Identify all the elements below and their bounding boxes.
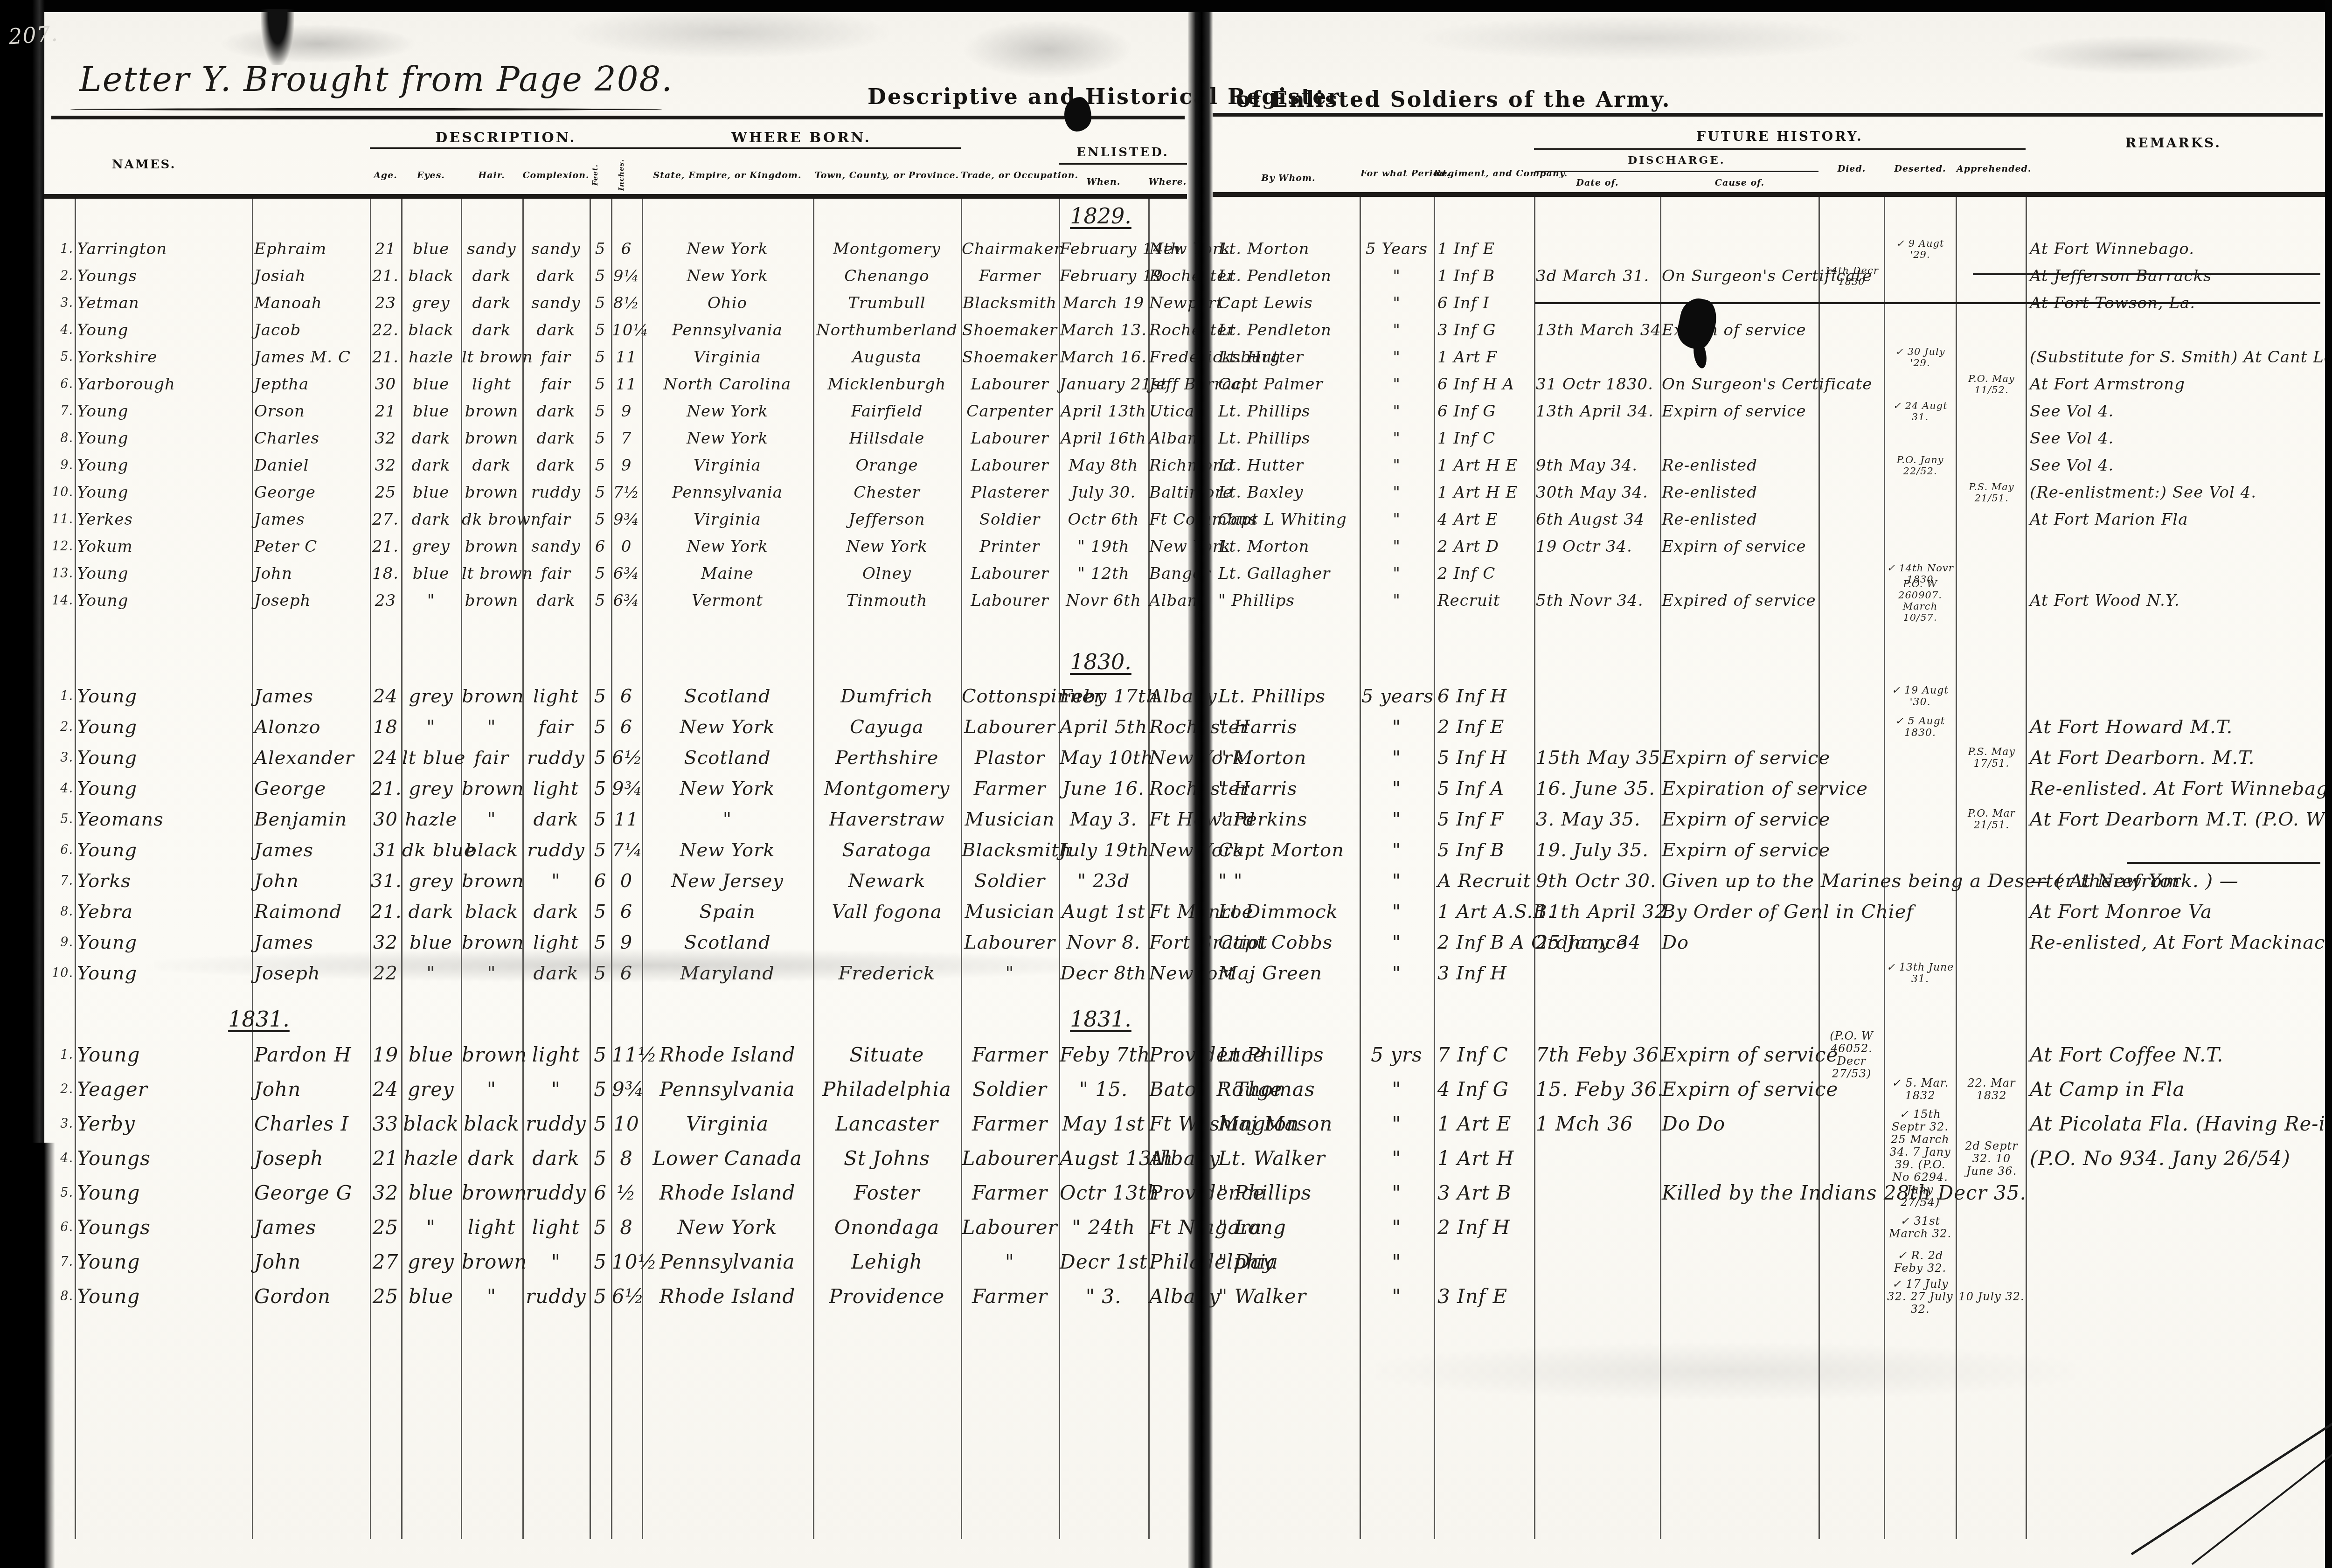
cell-state: Scotland (643, 742, 812, 773)
cell-rem: — ( At New York. ) — (2030, 866, 2321, 896)
cell-eyes: grey (402, 290, 460, 317)
cell-town: Dumfrich (814, 681, 960, 712)
cell-n: 3. (47, 1107, 73, 1141)
cell-age: 21. (371, 263, 400, 290)
cell-dcause: Expirn of service (1662, 533, 1817, 560)
cell-ft: 6 (590, 866, 611, 896)
cell-n: 1. (47, 681, 73, 712)
cell-dcause: Expirn of service (1662, 398, 1817, 425)
cell-dcause: Expired of service (1662, 587, 1817, 614)
cell-comp: dark (523, 263, 589, 290)
cell-regt: 5 Inf B (1437, 835, 1532, 866)
remarks-group-header: REMARKS. (2027, 135, 2320, 151)
where-born-underline (642, 147, 961, 149)
cell-rem: At Fort Armstrong (2030, 371, 2321, 398)
cell-regt: 6 Inf H A (1437, 371, 1532, 398)
cell-n: 4. (47, 773, 73, 804)
cell-town: Lehigh (814, 1245, 960, 1279)
cell-town: Vall fogona (814, 896, 960, 927)
cell-trade: Printer (962, 533, 1058, 560)
column-rule (252, 196, 253, 1539)
cell-dcause: Expirn of service (1662, 1072, 1817, 1107)
cell-hair: sandy (462, 236, 521, 263)
cell-ft: 5 (590, 1072, 611, 1107)
cell-hair: brown (462, 587, 521, 614)
cell-when: April 5th (1060, 712, 1147, 742)
cell-hair: " (462, 804, 521, 835)
cell-regt: 7 Inf C (1437, 1038, 1532, 1072)
cell-eyes: blue (402, 560, 460, 587)
cell-age: 31. (371, 866, 400, 896)
period-column-header: For what Period. (1360, 169, 1433, 179)
cell-town: Onondaga (814, 1210, 960, 1245)
cell-ft: 5 (590, 773, 611, 804)
cell-state: North Carolina (643, 371, 812, 398)
cell-by: Capt L Whiting (1218, 506, 1357, 533)
cell-comp: dark (523, 804, 589, 835)
cell-regt: 1 Art H E (1437, 479, 1532, 506)
cell-given: John (254, 560, 368, 587)
cell-regt: 1 Inf C (1437, 425, 1532, 452)
cell-eyes: grey (402, 533, 460, 560)
cell-hair: black (462, 896, 521, 927)
cell-by: " Thomas (1218, 1072, 1357, 1107)
cell-died: (P.O. W 46052. Decr 27/53) (1820, 1038, 1883, 1072)
cell-comp: sandy (523, 236, 589, 263)
cell-inch: 9¾ (612, 1072, 641, 1107)
cell-period: 5 years (1361, 681, 1432, 712)
cell-surname: Youngs (77, 1210, 250, 1245)
cell-given: John (254, 1245, 368, 1279)
cell-trade: Farmer (962, 1176, 1058, 1210)
cell-surname: Young (77, 425, 250, 452)
cell-comp: light (523, 1038, 589, 1072)
cell-inch: 6 (612, 712, 641, 742)
cell-by: Maj Mason (1218, 1107, 1357, 1141)
cell-by: Lt. Baxley (1218, 479, 1357, 506)
cell-trade: " (962, 1245, 1058, 1279)
feet-column-header: Feet. (590, 157, 600, 193)
cell-hair: brown (462, 479, 521, 506)
cell-age: 32 (371, 452, 400, 479)
cell-comp: " (523, 866, 589, 896)
cell-given: Joseph (254, 1141, 368, 1176)
cell-period: " (1361, 560, 1432, 587)
cell-ft: 5 (590, 479, 611, 506)
cell-trade: Cottonspinner (962, 681, 1058, 712)
year-section-label: 1831. (1059, 1006, 1143, 1032)
cell-by: Lt. Hutter (1218, 344, 1357, 371)
cell-inch: 0 (612, 866, 641, 896)
cell-period: " (1361, 804, 1432, 835)
cell-by: " Harris (1218, 773, 1357, 804)
scan-edge-blob (261, 9, 294, 65)
scan-edge-left-lower (0, 1143, 55, 1568)
cell-by: " Phillips (1218, 587, 1357, 614)
cell-when: Octr 6th (1060, 506, 1147, 533)
cell-inch: 11 (612, 804, 641, 835)
cell-ft: 5 (590, 1141, 611, 1176)
column-rule (1818, 196, 1820, 1539)
cell-regt: 3 Art B (1437, 1176, 1532, 1210)
cell-n: 7. (47, 398, 73, 425)
cell-ddate: 3. May 35. (1536, 804, 1658, 835)
cell-town: Northumberland (814, 317, 960, 344)
ink-blot (1064, 97, 1091, 132)
scan-edge-right (2325, 0, 2332, 1568)
cell-age: 27 (371, 1245, 400, 1279)
cell-town: Micklenburgh (814, 371, 960, 398)
cell-trade: Blacksmith (962, 835, 1058, 866)
cell-surname: Yorks (77, 866, 250, 896)
cell-surname: Young (77, 317, 250, 344)
cell-period: " (1361, 1279, 1432, 1314)
cell-trade: Shoemaker (962, 317, 1058, 344)
cell-n: 14. (47, 587, 73, 614)
scan-edge-top (0, 0, 2332, 12)
cell-hair: dk brown (462, 506, 521, 533)
cell-hair: brown (462, 1245, 521, 1279)
state-column-header: State, Empire, or Kingdom. (642, 171, 813, 180)
cell-by: " Perkins (1218, 804, 1357, 835)
cell-dcause: Expirn of service (1662, 1038, 1817, 1072)
cell-by: Lt. Phillips (1218, 681, 1357, 712)
cell-age: 21 (371, 236, 400, 263)
cell-comp: sandy (523, 290, 589, 317)
column-rule (1956, 196, 1957, 1539)
cell-given: James (254, 835, 368, 866)
cell-given: Daniel (254, 452, 368, 479)
cell-appr: P.S. May 17/51. (1958, 742, 2025, 773)
cell-period: " (1361, 742, 1432, 773)
cell-eyes: black (402, 317, 460, 344)
cell-surname: Young (77, 1279, 250, 1314)
age-column-header: Age. (370, 171, 401, 180)
cell-by: Maj Green (1218, 958, 1357, 989)
cell-comp: ruddy (523, 1279, 589, 1314)
cell-rem: At Fort Monroe Va (2030, 896, 2321, 927)
cell-ft: 5 (590, 371, 611, 398)
cell-hair: dark (462, 317, 521, 344)
cell-ddate: 5th Novr 34. (1536, 587, 1658, 614)
cell-hair: dark (462, 263, 521, 290)
cell-age: 22. (371, 317, 400, 344)
inches-column-header: Inches. (617, 157, 626, 193)
cell-inch: 6 (612, 896, 641, 927)
cell-age: 21 (371, 398, 400, 425)
enlisted-group-header: ENLISTED. (1059, 146, 1187, 160)
cell-given: Josiah (254, 263, 368, 290)
cell-age: 21. (371, 533, 400, 560)
cell-by: Capt Lewis (1218, 290, 1357, 317)
cell-inch: ½ (612, 1176, 641, 1210)
cell-when: April 16th (1060, 425, 1147, 452)
cell-des: ✓ 30 July '29. (1886, 344, 1955, 371)
cell-dcause: Do (1662, 927, 1817, 958)
cell-eyes: " (402, 1210, 460, 1245)
cell-surname: Yebra (77, 896, 250, 927)
cell-age: 25 (371, 479, 400, 506)
apprehended-column-header: Apprehended. (1957, 164, 2026, 174)
cell-by: Lt. Walker (1218, 1141, 1357, 1176)
cause-of-column-header: Cause of. (1661, 178, 1818, 188)
cell-n: 1. (47, 1038, 73, 1072)
cell-when: July 30. (1060, 479, 1147, 506)
cell-hair: brown (462, 1038, 521, 1072)
cell-hair: brown (462, 681, 521, 712)
hair-column-header: Hair. (461, 171, 522, 180)
cell-des: ✓ 5 Augt 1830. (1886, 712, 1955, 742)
cell-dcause: Re-enlisted (1662, 479, 1817, 506)
cell-eyes: grey (402, 866, 460, 896)
cell-des: ✓ 24 Augt 31. (1886, 398, 1955, 425)
cell-ft: 5 (590, 560, 611, 587)
cell-town: Foster (814, 1176, 960, 1210)
cell-appr: P.O. May 11/52. (1958, 371, 2025, 398)
cell-age: 32 (371, 1176, 400, 1210)
cell-regt: 2 Inf B A Ordnance (1437, 927, 1532, 958)
cell-period: " (1361, 290, 1432, 317)
cell-ddate: 11th April 32. (1536, 896, 1658, 927)
description-group-header: DESCRIPTION. (370, 130, 642, 146)
cell-inch: 0 (612, 533, 641, 560)
cell-period: " (1361, 425, 1432, 452)
year-section-label: 1831. (217, 1006, 301, 1032)
cell-hair: brown (462, 398, 521, 425)
cell-when: " 23d (1060, 866, 1147, 896)
cell-inch: 6 (612, 236, 641, 263)
cell-n: 9. (47, 927, 73, 958)
cell-regt: 3 Inf G (1437, 317, 1532, 344)
cell-comp: light (523, 1210, 589, 1245)
cell-eyes: dark (402, 452, 460, 479)
cell-n: 1. (47, 236, 73, 263)
cell-hair: " (462, 1072, 521, 1107)
cell-given: George (254, 479, 368, 506)
cell-trade: Plastor (962, 742, 1058, 773)
cell-ddate: 1 Mch 36 (1536, 1107, 1658, 1141)
cell-eyes: blue (402, 1176, 460, 1210)
cell-period: " (1361, 1176, 1432, 1210)
cell-when: May 10th (1060, 742, 1147, 773)
cell-n: 2. (47, 1072, 73, 1107)
cell-when: May 8th (1060, 452, 1147, 479)
cell-town: Newark (814, 866, 960, 896)
cell-n: 11. (47, 506, 73, 533)
cell-eyes: dark (402, 425, 460, 452)
cell-regt: 2 Inf H (1437, 1210, 1532, 1245)
cell-period: " (1361, 398, 1432, 425)
cell-trade: Blacksmith (962, 290, 1058, 317)
cell-regt: 6 Inf H (1437, 681, 1532, 712)
cell-eyes: blue (402, 236, 460, 263)
by-whom-column-header: By Whom. (1217, 173, 1360, 183)
cell-inch: 9¾ (612, 773, 641, 804)
cell-inch: 6½ (612, 742, 641, 773)
cell-period: " (1361, 1210, 1432, 1245)
cell-age: 21. (371, 773, 400, 804)
cell-regt: 5 Inf A (1437, 773, 1532, 804)
year-section-label: 1829. (1059, 203, 1143, 229)
scanned-register-page: 207. Letter Y. Brought from Page 208. De… (0, 0, 2332, 1568)
cell-by: " Morton (1218, 742, 1357, 773)
cell-when: January 21st (1060, 371, 1147, 398)
cell-comp: ruddy (523, 835, 589, 866)
cell-age: 33 (371, 1107, 400, 1141)
cell-ddate: 15. Feby 36. (1536, 1072, 1658, 1107)
cell-by: " Harris (1218, 712, 1357, 742)
cell-dcause: Re-enlisted (1662, 506, 1817, 533)
cell-appr: 10 July 32. (1958, 1279, 2025, 1314)
died-column-header: Died. (1819, 164, 1884, 174)
cell-by: Capt Morton (1218, 835, 1357, 866)
cell-inch: 9¼ (612, 263, 641, 290)
cell-period: " (1361, 1107, 1432, 1141)
cell-n: 3. (47, 290, 73, 317)
cell-appr: P.O. Mar 21/51. (1958, 804, 2025, 835)
cell-dcause: Expiration of service (1662, 773, 1817, 804)
cell-period: " (1361, 1072, 1432, 1107)
column-rule (1434, 196, 1435, 1539)
cell-hair: brown (462, 533, 521, 560)
cell-by: " Phillips (1218, 1176, 1357, 1210)
page-gutter (1188, 10, 1213, 1568)
cell-ddate: 7th Feby 36. (1536, 1038, 1658, 1072)
cell-inch: 11½ (612, 1038, 641, 1072)
cell-ddate: 30th May 34. (1536, 479, 1658, 506)
cell-inch: 7½ (612, 479, 641, 506)
cell-ft: 5 (590, 398, 611, 425)
cell-trade: Labourer (962, 371, 1058, 398)
cell-comp: sandy (523, 533, 589, 560)
header-rule-top-left (51, 116, 1185, 119)
cell-age: 25 (371, 1210, 400, 1245)
cell-period: " (1361, 263, 1432, 290)
cell-n: 2. (47, 712, 73, 742)
cell-given: Charles (254, 425, 368, 452)
where-column-header: Where. (1148, 177, 1187, 187)
cell-by: " Walker (1218, 1279, 1357, 1314)
cell-town: Fairfield (814, 398, 960, 425)
cell-by: Lt Phillips (1218, 1038, 1357, 1072)
cell-eyes: lt blue (402, 742, 460, 773)
cell-given: Ephraim (254, 236, 368, 263)
cell-regt: 3 Inf E (1437, 1279, 1532, 1314)
cell-comp: dark (523, 425, 589, 452)
cell-n: 5. (47, 344, 73, 371)
column-rule (1660, 196, 1661, 1539)
cell-surname: Yerby (77, 1107, 250, 1141)
cell-state: " (643, 804, 812, 835)
cell-rem: At Fort Wood N.Y. (2030, 587, 2321, 614)
cell-surname: Young (77, 560, 250, 587)
cell-state: Pennsylvania (643, 1072, 812, 1107)
cell-when: March 13. (1060, 317, 1147, 344)
cell-eyes: grey (402, 1072, 460, 1107)
cell-died: 14th Decr 1830 (1820, 263, 1883, 290)
cell-regt: 6 Inf I (1437, 290, 1532, 317)
when-column-header: When. (1059, 177, 1148, 187)
cell-n: 8. (47, 896, 73, 927)
letter-section-header: Letter Y. Brought from Page 208. (79, 60, 673, 99)
cell-when: " 19th (1060, 533, 1147, 560)
complexion-column-header: Complexion. (522, 171, 590, 180)
cell-regt: 4 Inf G (1437, 1072, 1532, 1107)
cell-town: Olney (814, 560, 960, 587)
cell-by: Lt Dimmock (1218, 896, 1357, 927)
cell-town: Providence (814, 1279, 960, 1314)
cell-given: Joseph (254, 587, 368, 614)
cell-ft: 5 (590, 263, 611, 290)
cell-when: May 3. (1060, 804, 1147, 835)
date-of-column-header: Date of. (1535, 178, 1660, 188)
cell-when: April 13th (1060, 398, 1147, 425)
cell-ft: 5 (590, 681, 611, 712)
cell-town: Augusta (814, 344, 960, 371)
cell-ft: 5 (590, 236, 611, 263)
cell-given: Gordon (254, 1279, 368, 1314)
cell-comp: ruddy (523, 1176, 589, 1210)
cell-state: Pennsylvania (643, 1245, 812, 1279)
cell-comp: " (523, 1072, 589, 1107)
cell-age: 25 (371, 1279, 400, 1314)
cell-trade: Farmer (962, 773, 1058, 804)
cell-des: P.O. Jany 22/52. (1886, 452, 1955, 479)
cell-state: Rhode Island (643, 1279, 812, 1314)
cell-surname: Young (77, 835, 250, 866)
cell-ddate: 15th May 35. (1536, 742, 1658, 773)
trade-column-header: Trade, or Occupation. (961, 171, 1059, 180)
cell-inch: 10 (612, 1107, 641, 1141)
cell-eyes: dark (402, 896, 460, 927)
cell-inch: 6¾ (612, 587, 641, 614)
cell-comp: fair (523, 712, 589, 742)
cell-trade: Plasterer (962, 479, 1058, 506)
cell-state: Rhode Island (643, 1176, 812, 1210)
cell-ddate: 6th Augst 34 (1536, 506, 1658, 533)
cell-when: February 19 (1060, 263, 1147, 290)
cell-regt: 1 Art F (1437, 344, 1532, 371)
cell-state: New Jersey (643, 866, 812, 896)
cell-dcause: Expirn of service (1662, 742, 1817, 773)
cell-state: Lower Canada (643, 1141, 812, 1176)
cell-regt: 1 Art E (1437, 1107, 1532, 1141)
cell-regt: A Recruit (1437, 866, 1532, 896)
cell-des: ✓ 5. Mar. 1832 (1886, 1072, 1955, 1107)
cell-given: John (254, 866, 368, 896)
cell-trade: Farmer (962, 263, 1058, 290)
cell-age: 18 (371, 712, 400, 742)
discharge-group-header: DISCHARGE. (1535, 154, 1818, 167)
column-rule (1534, 196, 1535, 1539)
cell-surname: Young (77, 773, 250, 804)
future-history-group-header: FUTURE HISTORY. (1534, 129, 2026, 144)
cell-regt: 3 Inf H (1437, 958, 1532, 989)
cell-trade: Chairmaker (962, 236, 1058, 263)
pencil-smudge (154, 949, 1110, 982)
cell-when: Octr 13th (1060, 1176, 1147, 1210)
cell-rem: At Fort Dearborn M.T. (P.O. W 270922) (2030, 804, 2321, 835)
deserted-column-header: Deserted. (1885, 164, 1956, 174)
cell-town: Chenango (814, 263, 960, 290)
cell-surname: Youngs (77, 263, 250, 290)
cell-rem: At Fort Howard M.T. (2030, 712, 2321, 742)
cell-trade: Soldier (962, 506, 1058, 533)
cell-by: " Day (1218, 1245, 1357, 1279)
cell-regt: 4 Art E (1437, 506, 1532, 533)
cell-given: Charles I (254, 1107, 368, 1141)
cell-period: " (1361, 927, 1432, 958)
